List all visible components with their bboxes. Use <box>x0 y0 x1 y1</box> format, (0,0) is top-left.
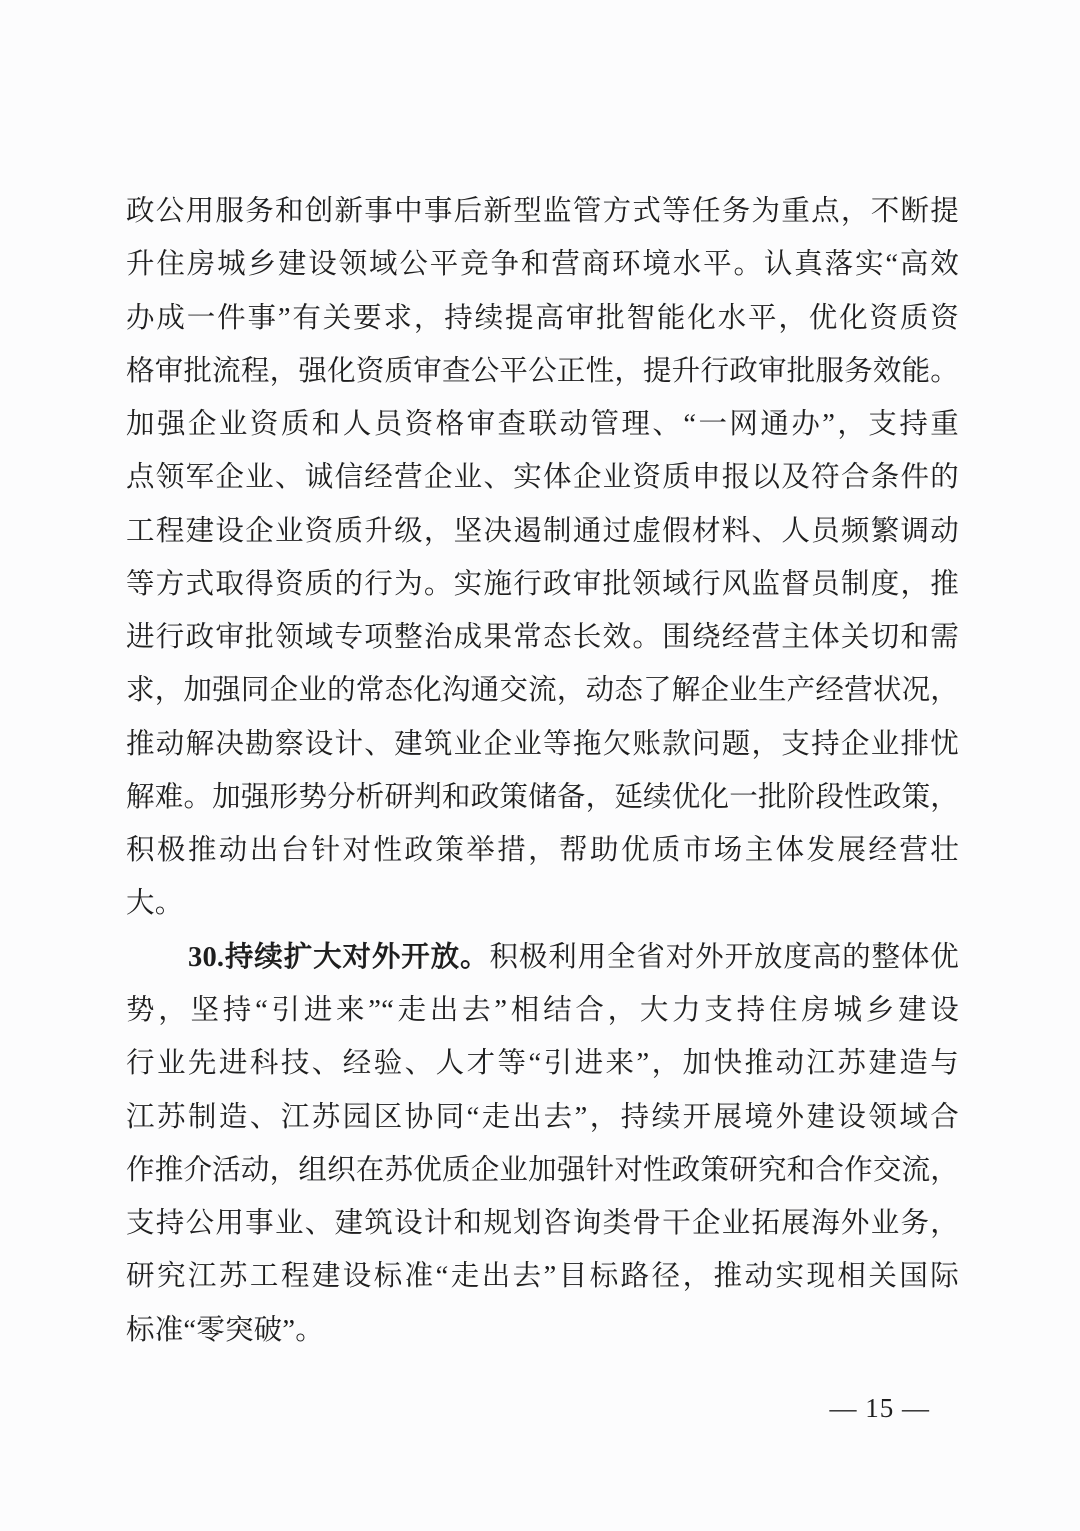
text-line: 点领军企业、诚信经营企业、实体企业资质申报以及符合条件的 <box>126 451 959 504</box>
paragraph-2: 30.持续扩大对外开放。积极利用全省对外开放度高的整体优 势，坚持“引进来”“走… <box>126 931 959 1357</box>
text-line: 求，加强同企业的常态化沟通交流，动态了解企业生产经营状况， <box>126 664 959 717</box>
text-line: 大。 <box>126 877 959 930</box>
text-line: 作推介活动，组织在苏优质企业加强针对性政策研究和合作交流， <box>126 1144 959 1197</box>
text-line: 研究江苏工程建设标准“走出去”目标路径，推动实现相关国际 <box>126 1250 959 1303</box>
paragraph-1: 政公用服务和创新事中事后新型监管方式等任务为重点，不断提 升住房城乡建设领域公平… <box>126 185 959 931</box>
text-line: 推动解决勘察设计、建筑业企业等拖欠账款问题，支持企业排忧 <box>126 718 959 771</box>
page-number: — 15 — <box>830 1390 931 1426</box>
text-line: 工程建设企业资质升级，坚决遏制通过虚假材料、人员频繁调动 <box>126 505 959 558</box>
text-line: 升住房城乡建设领域公平竞争和营商环境水平。认真落实“高效 <box>126 238 959 291</box>
text-line: 办成一件事”有关要求，持续提高审批智能化水平，优化资质资 <box>126 292 959 345</box>
text-line: 标准“零突破”。 <box>126 1304 959 1357</box>
text-line: 江苏制造、江苏园区协同“走出去”，持续开展境外建设领域合 <box>126 1091 959 1144</box>
text-line: 30.持续扩大对外开放。积极利用全省对外开放度高的整体优 <box>126 931 959 984</box>
text-line: 解难。加强形势分析研判和政策储备，延续优化一批阶段性政策， <box>126 771 959 824</box>
text-line: 政公用服务和创新事中事后新型监管方式等任务为重点，不断提 <box>126 185 959 238</box>
text-line: 积极推动出台针对性政策举措，帮助优质市场主体发展经营壮 <box>126 824 959 877</box>
item-number-bold-lead: 30.持续扩大对外开放。 <box>188 942 489 973</box>
text-line: 等方式取得资质的行为。实施行政审批领域行风监督员制度，推 <box>126 558 959 611</box>
text-run: 积极利用全省对外开放度高的整体优 <box>489 942 959 973</box>
text-line: 加强企业资质和人员资格审查联动管理、“一网通办”，支持重 <box>126 398 959 451</box>
text-line: 格审批流程，强化资质审查公平公正性，提升行政审批服务效能。 <box>126 345 959 398</box>
text-line: 支持公用事业、建筑设计和规划咨询类骨干企业拓展海外业务， <box>126 1197 959 1250</box>
document-page: 政公用服务和创新事中事后新型监管方式等任务为重点，不断提 升住房城乡建设领域公平… <box>0 0 1080 1531</box>
text-line: 行业先进科技、经验、人才等“引进来”，加快推动江苏建造与 <box>126 1037 959 1090</box>
text-line: 进行政审批领域专项整治成果常态长效。围绕经营主体关切和需 <box>126 611 959 664</box>
text-line: 势，坚持“引进来”“走出去”相结合，大力支持住房城乡建设 <box>126 984 959 1037</box>
document-body: 政公用服务和创新事中事后新型监管方式等任务为重点，不断提 升住房城乡建设领域公平… <box>126 185 959 1357</box>
